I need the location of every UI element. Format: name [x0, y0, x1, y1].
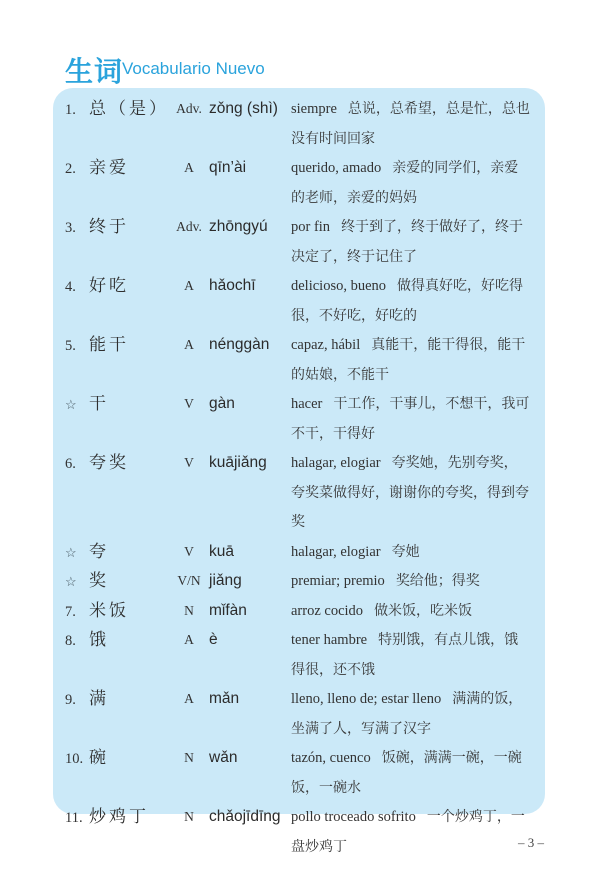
entry-definition-spanish: siempre	[291, 101, 337, 117]
entry-pinyin: nénggàn	[209, 331, 291, 360]
vocab-entry-row: 7.米饭 N mǐfàn arroz cocido做米饭，吃米饭	[53, 597, 545, 627]
entry-word-cell: ☆奖	[65, 567, 169, 597]
entry-pinyin: qīn’ài	[209, 154, 291, 183]
entry-pinyin: mǎn	[209, 685, 291, 714]
section-title-chinese: 生词	[65, 55, 123, 89]
entry-pos: A	[169, 154, 209, 183]
entry-word: 碗	[89, 748, 109, 767]
entry-pinyin: zǒng (shì)	[209, 95, 291, 124]
entry-pos: V	[169, 390, 209, 419]
entry-pinyin: gàn	[209, 390, 291, 419]
entry-definition: lleno, lleno de; estar lleno满满的饭，坐满了人，写满…	[291, 685, 531, 744]
entry-word-cell: 9.满	[65, 685, 169, 715]
entry-number: 8.	[65, 627, 89, 656]
entry-word: 米饭	[89, 601, 129, 620]
entry-definition: querido, amado亲爱的同学们，亲爱的老师，亲爱的妈妈	[291, 154, 531, 213]
entry-examples-chinese: 做米饭，吃米饭	[374, 604, 472, 619]
entry-word: 总（是）	[89, 99, 169, 118]
entry-pos: A	[169, 331, 209, 360]
entry-pos: Adv.	[169, 213, 209, 242]
entry-word-cell: 3.终于	[65, 213, 169, 243]
vocab-entry-row: 8.饿 A è tener hambre特别饿，有点儿饿，饿得很，还不饿	[53, 626, 545, 685]
entry-word: 夸奖	[89, 453, 129, 472]
vocab-entry-row: 6.夸奖 V kuājiǎng halagar, elogiar夸奖她，先别夸奖…	[53, 449, 545, 538]
vocab-entry-row: ☆夸 V kuā halagar, elogiar夸她	[53, 538, 545, 568]
entry-word: 炒鸡丁	[89, 807, 149, 826]
entry-number: 1.	[65, 96, 89, 125]
entry-word: 饿	[89, 630, 109, 649]
textbook-page: 生词 Vocabulario Nuevo 1.总（是） Adv. zǒng (s…	[0, 0, 605, 882]
entry-definition-spanish: halagar, elogiar	[291, 544, 381, 560]
entry-definition-spanish: halagar, elogiar	[291, 455, 381, 471]
entry-word-cell: 8.饿	[65, 626, 169, 656]
vocab-entry-row: 10.碗 N wǎn tazón, cuenco饭碗，满满一碗，一碗饭，一碗水	[53, 744, 545, 803]
vocab-entry-row: ☆奖 V/N jiǎng premiar; premio奖给他；得奖	[53, 567, 545, 597]
vocab-entry-row: 1.总（是） Adv. zǒng (shì) siempre总说，总希望，总是忙…	[53, 95, 545, 154]
entry-word-cell: 11.炒鸡丁	[65, 803, 169, 833]
entry-word-cell: 10.碗	[65, 744, 169, 774]
entry-definition: pollo troceado sofrito一个炒鸡丁，一盘炒鸡丁	[291, 803, 531, 862]
vocab-entry-row: ☆干 V gàn hacer干工作，干事儿，不想干，我可不干，干得好	[53, 390, 545, 449]
entry-pinyin: jiǎng	[209, 567, 291, 596]
entry-definition: tazón, cuenco饭碗，满满一碗，一碗饭，一碗水	[291, 744, 531, 803]
entry-pos: V	[169, 449, 209, 478]
entry-word: 满	[89, 689, 109, 708]
entry-definition: por fin终于到了，终于做好了，终于决定了，终于记住了	[291, 213, 531, 272]
entry-word-cell: 5.能干	[65, 331, 169, 361]
entry-number: 10.	[65, 745, 89, 774]
entry-word-cell: 6.夸奖	[65, 449, 169, 479]
entry-word: 夸	[89, 542, 109, 561]
vocab-entry-row: 3.终于 Adv. zhōngyú por fin终于到了，终于做好了，终于决定…	[53, 213, 545, 272]
entry-word-cell: ☆夸	[65, 538, 169, 568]
section-title-spanish: Vocabulario Nuevo	[122, 58, 265, 80]
vocabulary-list: 1.总（是） Adv. zǒng (shì) siempre总说，总希望，总是忙…	[53, 95, 545, 862]
entry-number: 11.	[65, 804, 89, 833]
entry-examples-chinese: 奖给他；得奖	[396, 574, 480, 589]
entry-definition: hacer干工作，干事儿，不想干，我可不干，干得好	[291, 390, 531, 449]
entry-definition: arroz cocido做米饭，吃米饭	[291, 597, 531, 627]
entry-word-cell: 2.亲爱	[65, 154, 169, 184]
entry-definition-spanish: arroz cocido	[291, 603, 363, 619]
entry-examples-chinese: 干工作，干事儿，不想干，我可不干，干得好	[291, 397, 529, 442]
entry-pos: N	[169, 744, 209, 773]
entry-pinyin: è	[209, 626, 291, 655]
entry-number: 2.	[65, 155, 89, 184]
entry-pos: V/N	[169, 567, 209, 596]
entry-pos: A	[169, 685, 209, 714]
entry-definition-spanish: tener hambre	[291, 632, 367, 648]
vocab-entry-row: 2.亲爱 A qīn’ài querido, amado亲爱的同学们，亲爱的老师…	[53, 154, 545, 213]
entry-word-cell: 7.米饭	[65, 597, 169, 627]
entry-definition: capaz, hábil真能干，能干得很，能干的姑娘，不能干	[291, 331, 531, 390]
entry-word: 奖	[89, 571, 109, 590]
vocab-entry-row: 4.好吃 A hǎochī delicioso, bueno做得真好吃，好吃得很…	[53, 272, 545, 331]
entry-definition-spanish: pollo troceado sofrito	[291, 809, 416, 825]
entry-word-cell: ☆干	[65, 390, 169, 420]
entry-pos: A	[169, 626, 209, 655]
entry-pinyin: mǐfàn	[209, 597, 291, 626]
entry-definition-spanish: por fin	[291, 219, 330, 235]
entry-number: 4.	[65, 273, 89, 302]
entry-definition-spanish: lleno, lleno de; estar lleno	[291, 691, 441, 707]
entry-word: 亲爱	[89, 158, 129, 177]
entry-definition: delicioso, bueno做得真好吃，好吃得很，不好吃，好吃的	[291, 272, 531, 331]
entry-definition: halagar, elogiar夸她	[291, 538, 531, 568]
entry-definition-spanish: capaz, hábil	[291, 337, 360, 353]
entry-number: 3.	[65, 214, 89, 243]
entry-definition: premiar; premio奖给他；得奖	[291, 567, 531, 597]
entry-pos: N	[169, 803, 209, 832]
entry-definition: halagar, elogiar夸奖她，先别夸奖，夸奖菜做得好，谢谢你的夸奖，得…	[291, 449, 531, 538]
entry-number: ☆	[65, 568, 89, 597]
entry-pinyin: kuā	[209, 538, 291, 567]
entry-pinyin: wǎn	[209, 744, 291, 773]
entry-number: 9.	[65, 686, 89, 715]
entry-definition-spanish: delicioso, bueno	[291, 278, 386, 294]
entry-word-cell: 4.好吃	[65, 272, 169, 302]
entry-definition-spanish: querido, amado	[291, 160, 381, 176]
vocab-entry-row: 5.能干 A nénggàn capaz, hábil真能干，能干得很，能干的姑…	[53, 331, 545, 390]
entry-word: 干	[89, 394, 109, 413]
entry-definition: tener hambre特别饿，有点儿饿，饿得很，还不饿	[291, 626, 531, 685]
entry-word: 终于	[89, 217, 129, 236]
entry-word: 好吃	[89, 276, 129, 295]
entry-word-cell: 1.总（是）	[65, 95, 169, 125]
vocab-entry-row: 9.满 A mǎn lleno, lleno de; estar lleno满满…	[53, 685, 545, 744]
entry-number: ☆	[65, 391, 89, 420]
entry-pos: V	[169, 538, 209, 567]
entry-definition-spanish: hacer	[291, 396, 322, 412]
entry-examples-chinese: 夸她	[392, 545, 420, 560]
entry-definition-spanish: tazón, cuenco	[291, 750, 371, 766]
entry-number: 7.	[65, 598, 89, 627]
entry-pinyin: kuājiǎng	[209, 449, 291, 478]
entry-word: 能干	[89, 335, 129, 354]
entry-number: 5.	[65, 332, 89, 361]
vocab-entry-row: 11.炒鸡丁 N chǎojīdīng pollo troceado sofri…	[53, 803, 545, 862]
entry-definition: siempre总说，总希望，总是忙，总也没有时间回家	[291, 95, 531, 154]
entry-pinyin: chǎojīdīng	[209, 803, 291, 832]
entry-number: ☆	[65, 539, 89, 568]
entry-pos: N	[169, 597, 209, 626]
vocabulary-panel: 1.总（是） Adv. zǒng (shì) siempre总说，总希望，总是忙…	[53, 88, 545, 814]
entry-pos: Adv.	[169, 95, 209, 124]
entry-definition-spanish: premiar; premio	[291, 573, 385, 589]
entry-pinyin: hǎochī	[209, 272, 291, 301]
entry-pinyin: zhōngyú	[209, 213, 291, 242]
entry-pos: A	[169, 272, 209, 301]
entry-number: 6.	[65, 450, 89, 479]
